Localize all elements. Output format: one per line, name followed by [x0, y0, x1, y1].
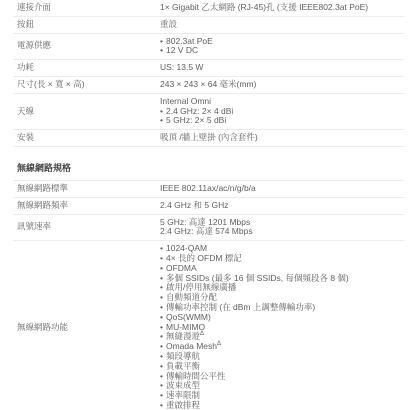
- spec-text: 負載平衡: [166, 361, 200, 371]
- spec-value: •1024-QAM•4× 長的 OFDM 標記•OFDMA•多個 SSIDs (…: [160, 244, 404, 410]
- spec-text: 多個 SSIDs (最多 16 個 SSIDs, 每個頻段各 8 個): [166, 273, 349, 283]
- spec-row: 按鈕重設: [13, 17, 404, 34]
- spec-row: 無線網路標準IEEE 802.11ax/ac/n/g/b/a: [13, 181, 404, 198]
- spec-text: 5 GHz: 高達 1201 Mbps: [160, 217, 250, 227]
- spec-text: QoS(WMM): [166, 312, 211, 322]
- spec-page: 連接介面1× Gigabit 乙太網路 (RJ-45)孔 (支援 IEEE802…: [0, 0, 410, 410]
- spec-text: 傳輸時間公平性: [166, 371, 226, 381]
- spec-value: 2.4 GHz 和 5 GHz: [160, 201, 404, 211]
- spec-text: 2.4 GHz: 高達 574 Mbps: [160, 226, 253, 236]
- spec-text: 12 V DC: [166, 45, 198, 55]
- spec-row: 訊號速率5 GHz: 高達 1201 Mbps2.4 GHz: 高達 574 M…: [13, 215, 404, 242]
- spec-row: 連接介面1× Gigabit 乙太網路 (RJ-45)孔 (支援 IEEE802…: [13, 0, 404, 17]
- spec-label: 訊號速率: [13, 222, 160, 232]
- spec-label: 無線網路功能: [13, 323, 160, 333]
- spec-text: 重啟排程: [166, 400, 200, 410]
- spec-value-line: 2.4 GHz: 高達 574 Mbps: [160, 227, 404, 237]
- spec-text: 傳輸功率控制 (在 dBm 上調整傳輸功率): [166, 302, 315, 312]
- spec-value-line: IEEE 802.11ax/ac/n/g/b/a: [160, 184, 404, 194]
- spec-row: 安裝吸頂 /牆上壁掛 (內含套件): [13, 130, 404, 147]
- spec-row: 無線網路功能•1024-QAM•4× 長的 OFDM 標記•OFDMA•多個 S…: [13, 241, 404, 410]
- spec-value-line: 243 × 243 × 64 毫米(mm): [160, 80, 404, 90]
- spec-row: 無線網路頻率2.4 GHz 和 5 GHz: [13, 198, 404, 215]
- spec-text: 無縫漫遊: [166, 331, 200, 341]
- spec-value-line: •重啟排程: [160, 401, 404, 410]
- spec-text: 802.3at PoE: [166, 36, 213, 46]
- spec-text: 吸頂 /牆上壁掛 (內含套件): [160, 132, 258, 142]
- spec-label: 連接介面: [13, 3, 160, 13]
- spec-row: 功耗US: 13.5 W: [13, 60, 404, 77]
- spec-text: 1× Gigabit 乙太網路 (RJ-45)孔 (支援 IEEE802.3at…: [160, 2, 368, 12]
- spec-text: OFDMA: [166, 263, 197, 273]
- spec-label: 按鈕: [13, 20, 160, 30]
- spec-label: 尺寸(長 × 寬 × 高): [13, 80, 160, 90]
- spec-value: Internal Omni•2.4 GHz: 2× 4 dBi•5 GHz: 2…: [160, 97, 404, 126]
- spec-value-line: 2.4 GHz 和 5 GHz: [160, 201, 404, 211]
- spec-value-line: 吸頂 /牆上壁掛 (內含套件): [160, 133, 404, 143]
- spec-text: 2.4 GHz 和 5 GHz: [160, 200, 229, 210]
- spec-label: 安裝: [13, 133, 160, 143]
- hardware-spec-table: 連接介面1× Gigabit 乙太網路 (RJ-45)孔 (支援 IEEE802…: [13, 0, 404, 147]
- spec-text: 自動頻道分配: [166, 292, 217, 302]
- spec-text: 速率限制: [166, 390, 200, 400]
- spec-row: 天線Internal Omni•2.4 GHz: 2× 4 dBi•5 GHz:…: [13, 94, 404, 130]
- spec-value-line: US: 13.5 W: [160, 63, 404, 73]
- spec-label: 功耗: [13, 63, 160, 73]
- spec-value: 1× Gigabit 乙太網路 (RJ-45)孔 (支援 IEEE802.3at…: [160, 3, 404, 13]
- spec-text: 1024-QAM: [166, 243, 207, 253]
- spec-value: 243 × 243 × 64 毫米(mm): [160, 80, 404, 90]
- spec-value-line: •12 V DC: [160, 46, 404, 56]
- spec-text: 2.4 GHz: 2× 4 dBi: [166, 106, 233, 116]
- spec-value-line: 1× Gigabit 乙太網路 (RJ-45)孔 (支援 IEEE802.3at…: [160, 3, 404, 13]
- spec-label: 電源供應: [13, 41, 160, 51]
- spec-value: •802.3at PoE•12 V DC: [160, 37, 404, 57]
- bullet-icon: •: [160, 401, 163, 410]
- wireless-spec-table: 無線網路標準IEEE 802.11ax/ac/n/g/b/a無線網路頻率2.4 …: [13, 181, 404, 410]
- spec-value: 5 GHz: 高達 1201 Mbps2.4 GHz: 高達 574 Mbps: [160, 218, 404, 238]
- spec-value-line: •5 GHz: 2× 5 dBi: [160, 116, 404, 126]
- spec-text: 5 GHz: 2× 5 dBi: [166, 115, 226, 125]
- spec-text: 頻段導航: [166, 351, 200, 361]
- spec-value: IEEE 802.11ax/ac/n/g/b/a: [160, 184, 404, 194]
- spec-text: IEEE 802.11ax/ac/n/g/b/a: [160, 183, 256, 193]
- spec-row: 尺寸(長 × 寬 × 高)243 × 243 × 64 毫米(mm): [13, 77, 404, 94]
- spec-label: 天線: [13, 107, 160, 117]
- spec-value: US: 13.5 W: [160, 63, 404, 73]
- spec-text: 重設: [160, 19, 177, 29]
- spec-text: 243 × 243 × 64 毫米(mm): [160, 79, 256, 89]
- bullet-icon: •: [160, 116, 163, 126]
- spec-text: MU-MIMO: [166, 322, 205, 332]
- superscript-marker: Δ: [200, 332, 204, 338]
- spec-text: US: 13.5 W: [160, 62, 203, 72]
- superscript-marker: Δ: [217, 341, 221, 347]
- spec-text: 4× 長的 OFDM 標記: [166, 253, 242, 263]
- bullet-icon: •: [160, 46, 163, 56]
- spec-row: 電源供應•802.3at PoE•12 V DC: [13, 34, 404, 61]
- spec-value: 吸頂 /牆上壁掛 (內含套件): [160, 133, 404, 143]
- spec-value-line: 重設: [160, 20, 404, 30]
- spec-value: 重設: [160, 20, 404, 30]
- spec-text: 波束成型: [166, 380, 200, 390]
- spec-text: Omada Mesh: [166, 341, 217, 351]
- spec-label: 無線網路標準: [13, 184, 160, 194]
- spec-text: Internal Omni: [160, 96, 211, 106]
- spec-label: 無線網路頻率: [13, 201, 160, 211]
- section-title-wireless-specs: 無線網路規格: [13, 147, 404, 181]
- spec-text: 啟用/停用無線廣播: [166, 282, 236, 292]
